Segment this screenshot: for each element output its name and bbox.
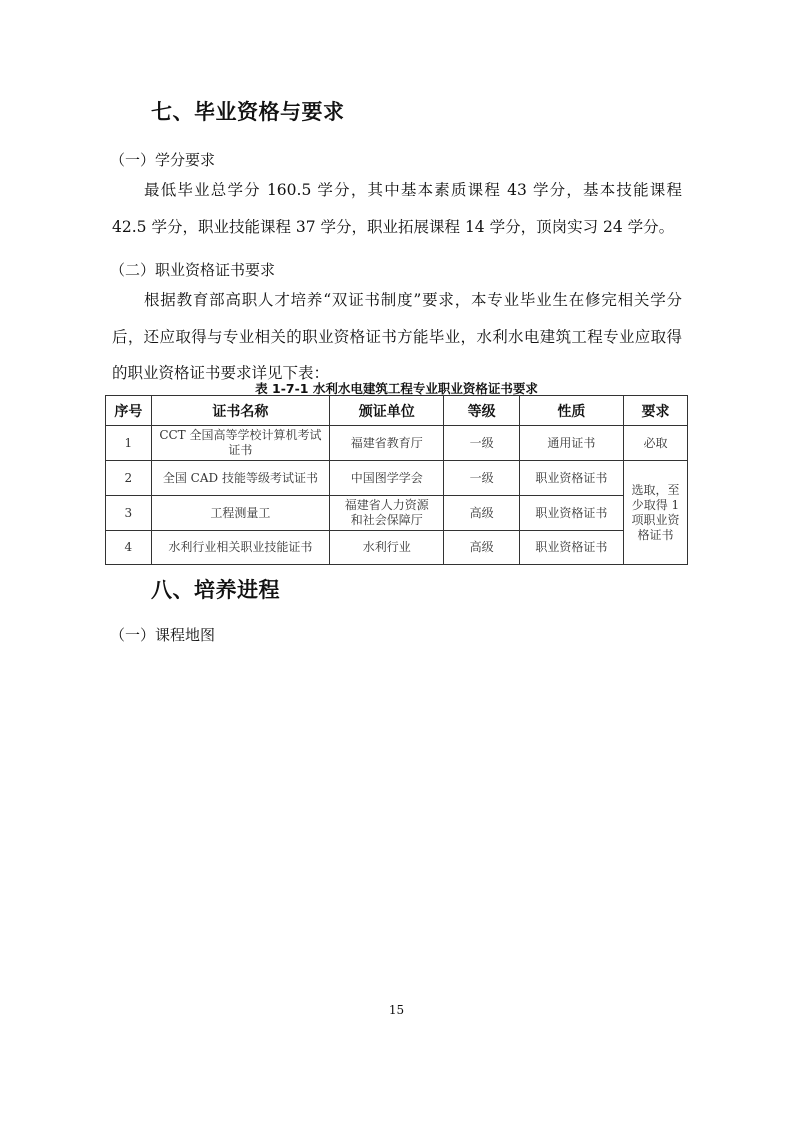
cell-level: 高级 xyxy=(444,496,519,531)
cell-number: 2 xyxy=(106,461,152,496)
cell-level: 一级 xyxy=(444,461,519,496)
page-number: 15 xyxy=(0,1003,793,1017)
cell-issuer: 福建省教育厅 xyxy=(330,426,444,461)
table-row: 3 工程测量工 福建省人力资源和社会保障厅 高级 职业资格证书 xyxy=(106,496,688,531)
subsection-course-map-heading: （一）课程地图 xyxy=(110,624,215,645)
cell-number: 3 xyxy=(106,496,152,531)
header-level: 等级 xyxy=(444,396,519,426)
cell-certificate-name: 水利行业相关职业技能证书 xyxy=(151,531,329,565)
cell-issuer: 福建省人力资源和社会保障厅 xyxy=(330,496,444,531)
section-8-heading: 八、培养进程 xyxy=(151,574,280,604)
cell-requirement: 必取 xyxy=(623,426,687,461)
cell-certificate-name: 全国 CAD 技能等级考试证书 xyxy=(151,461,329,496)
subsection-certificate-requirements-heading: （二）职业资格证书要求 xyxy=(110,259,275,280)
document-page: 七、毕业资格与要求 （一）学分要求 最低毕业总学分 160.5 学分，其中基本素… xyxy=(0,0,793,1122)
cell-level: 一级 xyxy=(444,426,519,461)
cell-type: 职业资格证书 xyxy=(519,531,623,565)
cell-requirement-merged: 选取，至少取得 1 项职业资格证书 xyxy=(623,461,687,565)
table-row: 2 全国 CAD 技能等级考试证书 中国图学学会 一级 职业资格证书 选取，至少… xyxy=(106,461,688,496)
certificate-requirements-table: 序号 证书名称 颁证单位 等级 性质 要求 1 CCT 全国高等学校计算机考试证… xyxy=(105,395,688,565)
cell-certificate-name: 工程测量工 xyxy=(151,496,329,531)
header-issuer: 颁证单位 xyxy=(330,396,444,426)
table-row: 1 CCT 全国高等学校计算机考试证书 福建省教育厅 一级 通用证书 必取 xyxy=(106,426,688,461)
header-number: 序号 xyxy=(106,396,152,426)
cell-issuer: 水利行业 xyxy=(330,531,444,565)
cell-type: 职业资格证书 xyxy=(519,461,623,496)
header-type: 性质 xyxy=(519,396,623,426)
cell-certificate-name: CCT 全国高等学校计算机考试证书 xyxy=(151,426,329,461)
cell-number: 4 xyxy=(106,531,152,565)
cell-level: 高级 xyxy=(444,531,519,565)
header-certificate-name: 证书名称 xyxy=(151,396,329,426)
subsection-credit-requirements-heading: （一）学分要求 xyxy=(110,149,215,170)
table-header-row: 序号 证书名称 颁证单位 等级 性质 要求 xyxy=(106,396,688,426)
cell-issuer: 中国图学学会 xyxy=(330,461,444,496)
cell-number: 1 xyxy=(106,426,152,461)
section-7-heading: 七、毕业资格与要求 xyxy=(151,96,345,126)
credit-requirements-paragraph: 最低毕业总学分 160.5 学分，其中基本素质课程 43 学分，基本技能课程 4… xyxy=(112,172,682,245)
cell-type: 职业资格证书 xyxy=(519,496,623,531)
table-row: 4 水利行业相关职业技能证书 水利行业 高级 职业资格证书 xyxy=(106,531,688,565)
header-requirement: 要求 xyxy=(623,396,687,426)
cell-type: 通用证书 xyxy=(519,426,623,461)
certificate-requirements-paragraph: 根据教育部高职人才培养“双证书制度”要求，本专业毕业生在修完相关学分后，还应取得… xyxy=(112,282,682,392)
